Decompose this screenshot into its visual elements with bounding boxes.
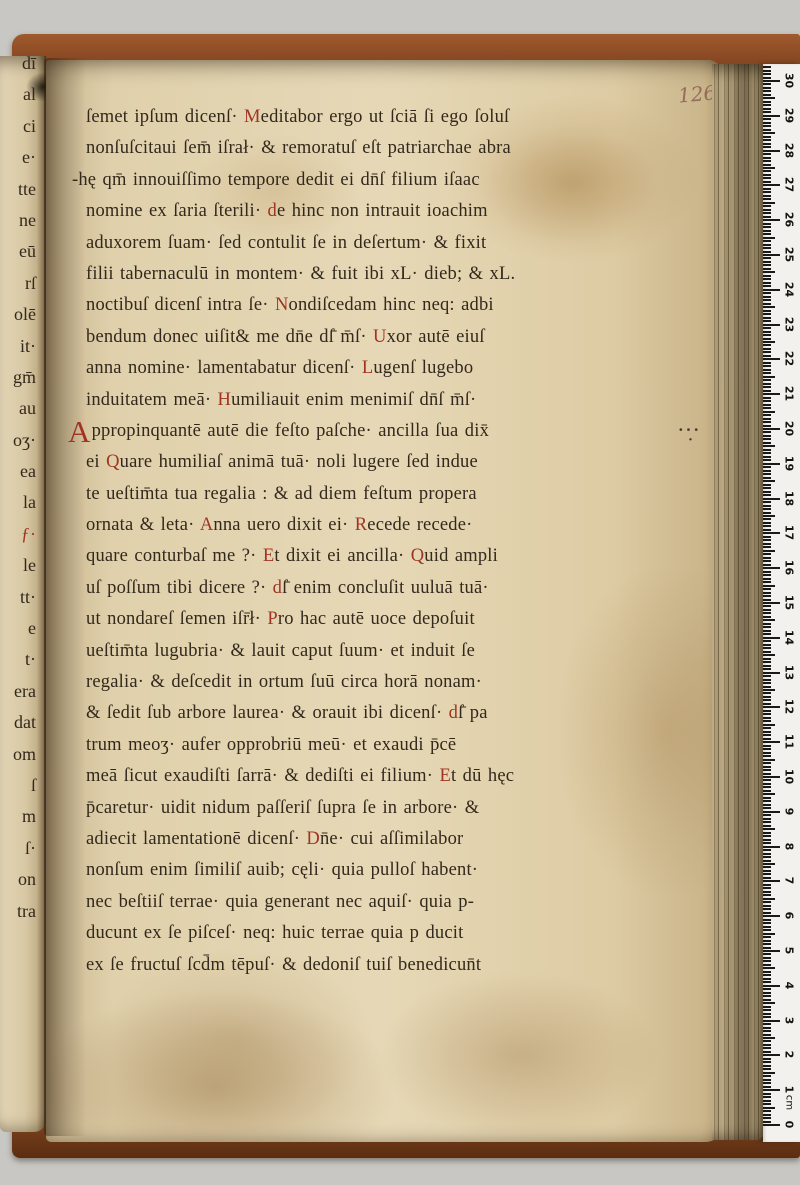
ruler-tick [763,679,771,681]
ruler-tick [763,463,780,465]
ruler-tick [763,967,775,969]
rubric-initial: E [263,546,275,566]
ruler-tick [763,1065,771,1067]
ruler-tick [763,146,771,148]
ruler-tick [763,184,780,186]
manuscript-line: ornata & leta· Anna uero dixit ei· Reced… [86,510,515,541]
ruler-tick [763,515,775,517]
ruler-tick [763,658,771,660]
ruler-tick [763,77,771,79]
facing-page-fragment: ſ· [0,833,36,864]
ruler-tick [763,929,771,931]
ruler-tick [763,341,775,343]
manuscript-line: regalia· & deſcedit in ortum ſuū circa h… [86,667,515,698]
ruler-number: 12 [783,696,796,718]
facing-page-fragment: gm̄ [0,362,36,393]
text-segment: ei [86,452,106,472]
ruler-tick [763,421,771,423]
ruler-tick [763,334,771,336]
text-segment: te ueſtim̄ta tua regalia : & ad diem feſ… [86,484,477,504]
fore-edge-pages [712,64,764,1140]
text-segment: uid ampli [424,546,498,566]
ruler-tick [763,404,771,406]
ruler-tick [763,376,775,378]
ruler-tick [763,1044,771,1046]
ruler-tick [763,602,780,604]
ruler-number: 11 [783,731,796,753]
ruler-number: 14 [783,626,796,648]
ruler-tick [763,1016,771,1018]
ruler-tick [763,129,771,131]
ruler-tick [763,118,771,120]
ruler-tick [763,289,780,291]
ruler-tick [763,616,771,618]
text-segment: ornata & leta· [86,515,200,535]
ruler-tick [763,470,771,472]
ruler-tick [763,828,775,830]
text-segment: -hę qm̄ innouiſſimo tempore dedit ei dn̄… [72,170,480,190]
ruler-tick [763,477,771,479]
manuscript-line: aduxorem ſuam· ſed contulit ſe in deſert… [86,228,515,259]
facing-page-fragment: ea [0,456,36,487]
facing-page-fragment: al [0,79,36,110]
ruler-tick [763,1051,771,1053]
ruler-tick [763,738,771,740]
ruler-tick [763,675,771,677]
ruler-tick [763,174,771,176]
facing-page-fragment: oʒ· [0,425,36,456]
ruler-tick [763,313,771,315]
ruler-tick [763,779,771,781]
ruler-tick [763,125,771,127]
ruler-tick [763,1093,771,1095]
ruler-tick [763,835,771,837]
ruler-tick [763,435,771,437]
ruler-tick [763,842,771,844]
ruler-tick [763,804,771,806]
ruler-tick [763,999,771,1001]
ruler-tick [763,1096,771,1098]
ruler-tick [763,1068,771,1070]
manuscript-line: adiecit lamentationē dicenſ· Dn̄e· cui a… [86,824,515,855]
facing-page-fragment: era [0,676,36,707]
ruler-tick [763,912,771,914]
ruler-number: 22 [783,348,796,370]
ruler-tick [763,1107,775,1109]
ruler-tick [763,261,771,263]
ruler-tick [763,431,771,433]
ruler-tick [763,191,771,193]
ruler-tick [763,860,771,862]
facing-page-fragment: tt· [0,582,36,613]
ruler-tick [763,355,771,357]
manuscript-line: meā ſicut exaudiſti ſarrā· & dediſti ei … [86,761,515,792]
ruler-tick [763,1009,771,1011]
ruler-tick [763,177,771,179]
ruler-tick [763,1006,771,1008]
text-segment: e hinc non intrauit ioachim [277,201,488,221]
ruler-tick [763,957,771,959]
ruler-tick [763,233,771,235]
text-segment: ugenſ lugebo [373,358,473,378]
ruler-number: 16 [783,557,796,579]
rubric-initial: P [267,609,278,629]
text-segment: t dixit ei ancilla· [274,546,410,566]
ruler-tick [763,992,771,994]
manuscript-photo: dīalcie·tteneeūrſolēit·gm̄auoʒ·ealaƒ·let… [0,0,800,1185]
ruler-tick [763,480,775,482]
ruler-tick [763,863,775,865]
rubric-initial: E [439,766,451,786]
ruler-tick [763,296,771,298]
ruler-number: 4 [783,974,796,996]
ruler-tick [763,1061,771,1063]
ruler-number: 0 [783,1114,796,1136]
ruler-tick [763,237,775,239]
ruler-tick [763,324,780,326]
facing-page-fragment: dat [0,707,36,738]
margin-dot-mark: · [688,432,693,449]
ruler-tick [763,150,780,152]
ruler: 0123456789101112131415161718192021222324… [763,64,800,1142]
facing-page-fragment: e [0,613,36,644]
ruler-tick [763,793,775,795]
ruler-tick [763,710,771,712]
ruler-tick [763,560,771,562]
ruler-tick [763,327,771,329]
facing-page-fragment: m [0,801,36,832]
ruler-tick [763,70,771,72]
ruler-tick [763,644,771,646]
ruler-tick [763,390,771,392]
ruler-tick [763,609,771,611]
manuscript-line: Appropinquantē autē die feſto paſche· an… [86,416,515,447]
manuscript-line: anna nomine· lamentabatur dicenſ· Lugenſ… [86,353,515,384]
ruler-number: 25 [783,244,796,266]
ruler-number: 3 [783,1009,796,1031]
manuscript-line: noctibuſ dicenſ intra ſe· Nondiſcedam hi… [86,290,515,321]
ruler-tick [763,647,771,649]
ruler-tick [763,418,771,420]
text-segment: bendum donec uiſit& me dn̄e dſ̄ m̄ſ· [86,327,373,347]
ruler-tick [763,922,771,924]
ruler-tick [763,581,771,583]
ruler-tick [763,588,771,590]
facing-page-fragment: dī [0,48,36,79]
ruler-tick [763,665,771,667]
ruler-tick [763,139,771,141]
ruler-number: 7 [783,870,796,892]
ruler-tick [763,866,771,868]
ruler-tick [763,943,771,945]
ruler-tick [763,692,771,694]
ruler-tick [763,894,771,896]
ruler-tick [763,800,771,802]
ruler-tick [763,713,771,715]
ruler-tick [763,143,771,145]
ruler-tick [763,853,771,855]
ruler-tick [763,358,780,360]
text-segment: aduxorem ſuam· ſed contulit ſe in deſert… [86,233,486,253]
ruler-tick [763,198,771,200]
ruler-tick [763,724,775,726]
ruler-tick [763,278,771,280]
ruler-tick [763,981,771,983]
ruler-tick [763,320,771,322]
ruler-tick [763,947,771,949]
ruler-tick [763,240,771,242]
ruler-tick [763,351,771,353]
ruler-number: 13 [783,661,796,683]
text-segment: ueſtim̄ta lugubria· & lauit caput ſuum· … [86,641,475,661]
text-segment: & ſedit ſub arbore laurea· & orauit ibi … [86,703,449,723]
ruler-tick [763,592,771,594]
ruler-tick [763,564,771,566]
ruler-tick [763,1124,780,1126]
facing-page-fragment: au [0,393,36,424]
ruler-tick [763,532,780,534]
facing-page-fragment: rſ [0,268,36,299]
ruler-tick [763,397,771,399]
text-segment: uare humiliaſ animā tuā· noli lugere ſed… [120,452,478,472]
manuscript-line: nonſuſcitaui ſem̄ iſrał· & remoratuſ eſt… [86,133,515,164]
ruler-tick [763,919,771,921]
ruler-tick [763,456,771,458]
ruler-tick [763,136,771,138]
ruler-tick [763,960,771,962]
ruler-tick [763,626,771,628]
ruler-tick [763,508,771,510]
text-segment: nna uero dixit ei· [213,515,354,535]
ruler-tick [763,1117,771,1119]
text-segment: ondiſcedam hinc neq: adbi [289,295,494,315]
facing-page-fragment: on [0,864,36,895]
ruler-tick [763,891,771,893]
manuscript-line: ei Quare humiliaſ animā tuā· noli lugere… [86,447,515,478]
ruler-tick [763,933,775,935]
ruler-tick [763,856,771,858]
ruler-tick [763,244,771,246]
manuscript-line: ueſtim̄ta lugubria· & lauit caput ſuum· … [86,636,515,667]
ruler-tick [763,1058,771,1060]
ruler-tick [763,257,771,259]
ruler-tick [763,950,780,952]
ruler-tick [763,637,780,639]
rubric-initial: D [306,829,320,849]
ruler-tick [763,132,775,134]
ruler-tick [763,1047,771,1049]
facing-page-text: dīalcie·tteneeūrſolēit·gm̄auoʒ·ealaƒ·let… [0,48,39,927]
ruler-tick [763,254,780,256]
ruler-tick [763,567,780,569]
ruler-number: 5 [783,940,796,962]
ruler-tick [763,264,771,266]
ruler-tick [763,964,771,966]
text-segment: filii tabernaculū in montem· & fuit ibi … [86,264,515,284]
ruler-tick [763,776,780,778]
facing-page-fragment: olē [0,299,36,330]
rubric-initial: M [244,107,261,127]
manuscript-line: ſemet ipſum dicenſ· Meditabor ergo ut ſc… [86,102,515,133]
ruler-tick [763,1037,775,1039]
rubric-initial: L [362,358,374,378]
ruler-tick [763,219,780,221]
ruler-tick [763,936,771,938]
ruler-tick [763,94,771,96]
ruler-tick [763,362,771,364]
ruler-tick [763,995,771,997]
ruler-tick [763,87,771,89]
manuscript-line: -hę qm̄ innouiſſimo tempore dedit ei dn̄… [72,165,515,196]
ruler-tick [763,292,771,294]
ruler-tick [763,1121,771,1123]
ruler-tick [763,1114,771,1116]
ruler-tick [763,445,775,447]
ruler-tick [763,748,771,750]
ruler-number: 30 [783,70,796,92]
ruler-tick [763,115,780,117]
ruler-tick [763,386,771,388]
ruler-number: 19 [783,452,796,474]
ruler-tick [763,1103,771,1105]
ruler-tick [763,571,771,573]
facing-page-fragment: ne [0,205,36,236]
manuscript-line: & ſedit ſub arbore laurea· & orauit ibi … [86,698,515,729]
ruler-tick [763,251,771,253]
ruler-tick [763,1002,775,1004]
ruler-tick [763,338,771,340]
ruler-tick [763,633,771,635]
ruler-tick [763,915,780,917]
ruler-tick [763,1020,780,1022]
facing-page-fragment: ƒ· [0,519,36,550]
text-segment: ro hac autē uoce depoſuit [278,609,475,629]
ruler-tick [763,494,771,496]
manuscript-line: te ueſtim̄ta tua regalia : & ad diem feſ… [86,479,515,510]
ruler-tick [763,786,771,788]
manuscript-text: ſemet ipſum dicenſ· Meditabor ergo ut ſc… [86,102,515,981]
ruler-tick [763,275,771,277]
manuscript-line: nomine ex ſaria ſterili· de hinc non int… [86,196,515,227]
ruler-tick [763,83,771,85]
ruler-number: 29 [783,104,796,126]
ruler-tick [763,160,771,162]
ruler-tick [763,104,771,106]
ruler-tick [763,473,771,475]
rubric-initial: R [355,515,368,535]
ruler-tick [763,80,780,82]
ruler-tick [763,282,771,284]
ruler-tick [763,821,771,823]
text-segment: n̄e· cui aſſimilabor [320,829,463,849]
rubric-initial: d [273,578,282,598]
text-segment: ppropinquantē autē die feſto paſche· anc… [92,421,489,441]
ruler-tick [763,940,771,942]
ruler-number: 23 [783,313,796,335]
ruler-tick [763,985,780,987]
ruler-tick [763,887,771,889]
ruler-tick [763,501,771,503]
manuscript-line: ut nondareſ ſemen iſr̄ł· Pro hac autē uo… [86,604,515,635]
text-segment: p̄caretur· uidit nidum paſſeriſ ſupra ſe… [86,798,479,818]
ruler-tick [763,543,771,545]
text-segment: meā ſicut exaudiſti ſarrā· & dediſti ei … [86,766,439,786]
ruler-tick [763,153,771,155]
manuscript-line: nec beſtiiſ terrae· quia generant nec aq… [86,887,515,918]
text-segment: ſemet ipſum dicenſ· [86,107,244,127]
ruler-number: 6 [783,905,796,927]
ruler-tick [763,706,780,708]
ruler-tick [763,164,771,166]
text-segment: anna nomine· lamentabatur dicenſ· [86,358,362,378]
text-segment: editabor ergo ut ſciā ſi ego ſoluſ [261,107,510,127]
manuscript-line: nonſum enim ſimiliſ auib; cęli· quia pul… [86,855,515,886]
ruler-tick [763,825,771,827]
ruler-number: 17 [783,522,796,544]
text-segment: ex ſe fructuſ ſcd̄m tēpuſ· & dedoniſ tui… [86,955,481,975]
ruler-tick [763,797,771,799]
ruler-tick [763,870,771,872]
ruler-tick [763,734,771,736]
ruler-tick [763,818,771,820]
ruler-tick [763,696,771,698]
text-segment: nomine ex ſaria ſterili· [86,201,268,221]
ruler-tick [763,452,771,454]
facing-page-fragment: e· [0,142,36,173]
ruler-tick [763,612,771,614]
ruler-tick [763,369,771,371]
ruler-tick [763,846,780,848]
manuscript-line: uſ poſſum tibi dicere ?· dſ̄ enim conclu… [86,573,515,604]
ruler-tick [763,745,771,747]
ruler-tick [763,720,771,722]
ruler-number: 21 [783,383,796,405]
text-segment: ſ̄ pa [458,703,488,723]
ruler-tick [763,407,771,409]
ruler-tick [763,599,771,601]
text-segment: induitatem meā· [86,390,218,410]
text-segment: t dū hęc [451,766,514,786]
ruler-tick [763,717,771,719]
ruler-number: 27 [783,174,796,196]
ruler-tick [763,773,771,775]
ruler-tick [763,1072,775,1074]
text-segment: umiliauit enim menimiſ dn̄ſ m̄ſ· [231,390,476,410]
ruler-tick [763,348,771,350]
ruler-tick [763,400,771,402]
rubric-initial: H [218,390,232,410]
ruler-tick [763,188,771,190]
ruler-tick [763,661,771,663]
ruler-number: 24 [783,278,796,300]
ruler-tick [763,574,771,576]
ruler-tick [763,383,771,385]
ruler-tick [763,578,771,580]
text-segment: xor autē eiuſ [387,327,485,347]
ruler-tick [763,619,775,621]
ruler-tick [763,988,771,990]
text-segment: nonſuſcitaui ſem̄ iſrał· & remoratuſ eſt… [86,138,511,158]
ruler-tick [763,372,771,374]
ruler-tick [763,769,771,771]
ruler-unit-label: cm [783,1092,796,1114]
ruler-tick [763,605,771,607]
text-segment: noctibuſ dicenſ intra ſe· [86,295,275,315]
rubric-initial: Q [106,452,120,472]
ruler-tick [763,205,771,207]
ruler-tick [763,202,775,204]
ruler-tick [763,539,771,541]
